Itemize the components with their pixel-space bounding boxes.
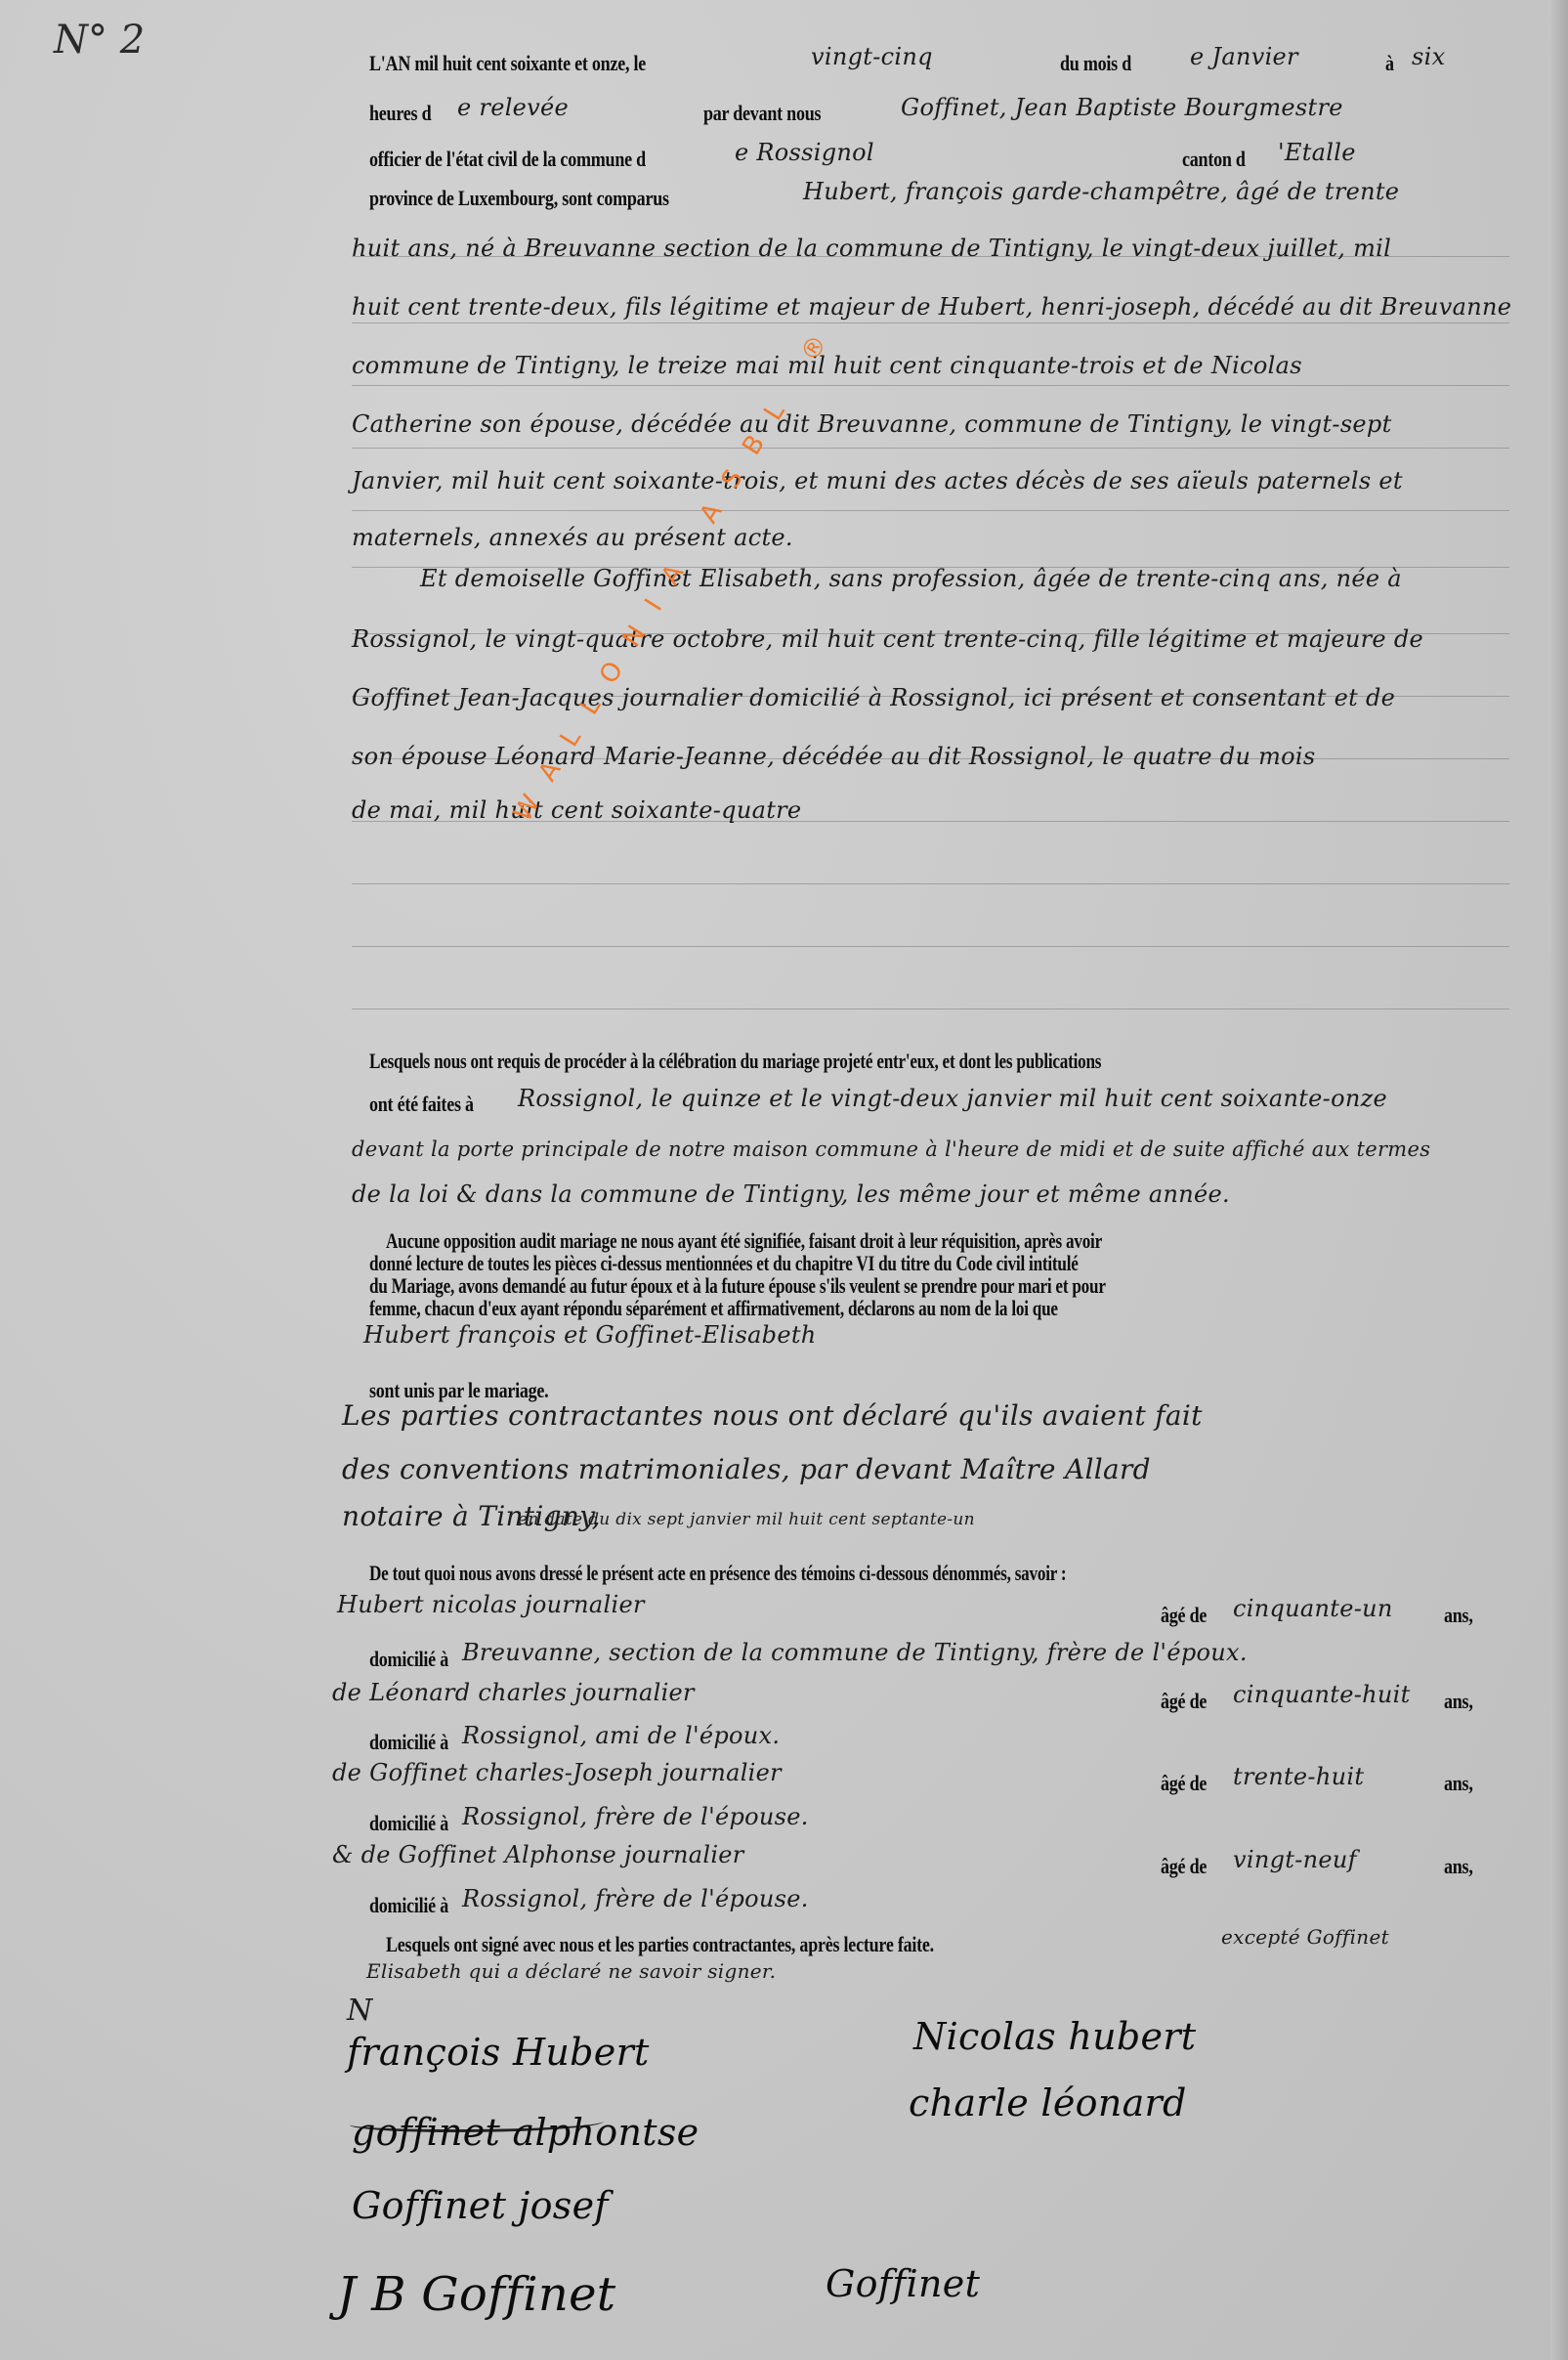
record-page: N° 2 L'AN mil huit cent soixante et onze… <box>0 0 1568 2360</box>
print-line-1b: du mois d <box>1060 51 1131 76</box>
ruled-line <box>352 1008 1509 1009</box>
witness-2-domicile: Rossignol, ami de l'époux. <box>462 1722 780 1749</box>
groom-line: Janvier, mil huit cent soixante-trois, e… <box>352 467 1403 494</box>
bride-line: Rossignol, le vingt-quatre octobre, mil … <box>352 625 1423 653</box>
witness-1-domicile: Breuvanne, section de la commune de Tint… <box>462 1639 1248 1666</box>
bride-line: Et demoiselle Goffinet Elisabeth, sans p… <box>420 565 1402 592</box>
domicile-label: domicilié à <box>369 1893 448 1918</box>
signature-father: Goffinet <box>826 2262 980 2305</box>
witness-2-age: cinquante-huit <box>1233 1681 1411 1708</box>
signature-groom: françois Hubert <box>347 2031 650 2074</box>
groom-line: huit cent trente-deux, fils légitime et … <box>352 293 1511 321</box>
print-line-1a: L'AN mil huit cent soixante et onze, le <box>369 51 646 76</box>
hand-hour: six <box>1412 43 1445 70</box>
witness-2-name: de Léonard charles journalier <box>332 1679 695 1706</box>
print-line-2a: heures d <box>369 101 431 126</box>
ans-label: ans, <box>1444 1771 1473 1796</box>
ans-label: ans, <box>1444 1854 1473 1879</box>
print-line-3b: canton d <box>1182 147 1246 172</box>
bride-line: de mai, mil huit cent soixante-quatre <box>352 796 801 824</box>
signature-witness: Goffinet josef <box>352 2184 609 2227</box>
closing-print: Lesquels ont signé avec nous et les part… <box>386 1932 934 1957</box>
ruled-line <box>352 946 1509 947</box>
signature-witness: Nicolas hubert <box>913 2015 1196 2058</box>
witness-4-name: & de Goffinet Alphonse journalier <box>332 1841 744 1868</box>
age-label: âgé de <box>1161 1854 1207 1879</box>
witness-3-name: de Goffinet charles-Joseph journalier <box>332 1759 782 1786</box>
declaration-line: femme, chacun d'eux ayant répondu séparé… <box>369 1296 1058 1321</box>
signature-officer: J B Goffinet <box>337 2267 615 2322</box>
print-line-2b: par devant nous <box>703 101 821 126</box>
hand-day: vingt-cinq <box>811 43 933 70</box>
witness-1-name: Hubert nicolas journalier <box>337 1591 645 1618</box>
groom-line: Catherine son épouse, décédée au dit Bre… <box>352 410 1392 438</box>
witnesses-intro: De tout quoi nous avons dressé le présen… <box>369 1561 1066 1586</box>
hand-officer: Goffinet, Jean Baptiste Bourgmestre <box>901 94 1343 121</box>
publications-print: Lesquels nous ont requis de procéder à l… <box>369 1049 1101 1074</box>
age-label: âgé de <box>1161 1689 1207 1714</box>
witness-1-age: cinquante-un <box>1233 1595 1393 1622</box>
ruled-line <box>352 883 1509 884</box>
hand-commune: e Rossignol <box>735 139 874 166</box>
witness-3-age: trente-huit <box>1233 1763 1364 1790</box>
age-label: âgé de <box>1161 1771 1207 1796</box>
print-line-4a: province de Luxembourg, sont comparus <box>369 186 669 211</box>
age-label: âgé de <box>1161 1603 1207 1628</box>
publications-hand: de la loi & dans la commune de Tintigny,… <box>352 1180 1230 1208</box>
witness-4-age: vingt-neuf <box>1233 1846 1357 1873</box>
domicile-label: domicilié à <box>369 1730 448 1755</box>
record-number: N° 2 <box>54 18 145 63</box>
print-line-1c: à <box>1385 51 1394 76</box>
contract-date: en date du dix sept janvier mil huit cen… <box>518 1510 975 1529</box>
groom-line: maternels, annexés au présent acte. <box>352 524 793 551</box>
groom-line: huit ans, né à Breuvanne section de la c… <box>352 235 1391 262</box>
closing-hand-a: excepté Goffinet <box>1221 1925 1389 1949</box>
hand-canton: 'Etalle <box>1278 139 1356 166</box>
marginal-note: N <box>347 1994 373 2028</box>
couple-names: Hubert françois et Goffinet-Elisabeth <box>363 1321 817 1349</box>
domicile-label: domicilié à <box>369 1647 448 1672</box>
print-line-3a: officier de l'état civil de la commune d <box>369 147 646 172</box>
ruled-line <box>352 510 1509 511</box>
publications-print-b: ont été faites à <box>369 1092 474 1117</box>
ruled-line <box>352 448 1509 449</box>
witness-3-domicile: Rossignol, frère de l'épouse. <box>462 1803 809 1830</box>
bride-line: Goffinet Jean-Jacques journalier domicil… <box>352 684 1395 711</box>
hand-time: e relevée <box>457 94 569 121</box>
publications-hand: devant la porte principale de notre mais… <box>352 1137 1430 1161</box>
ans-label: ans, <box>1444 1603 1473 1628</box>
signature-witness: charle léonard <box>909 2081 1187 2124</box>
contract-line: Les parties contractantes nous ont décla… <box>342 1399 1203 1432</box>
page-edge-shadow <box>1550 0 1568 2360</box>
contract-line: des conventions matrimoniales, par devan… <box>342 1453 1151 1485</box>
ruled-line <box>352 322 1509 323</box>
closing-hand-b: Elisabeth qui a déclaré ne savoir signer… <box>366 1959 776 1983</box>
publications-hand: Rossignol, le quinze et le vingt-deux ja… <box>518 1085 1387 1112</box>
witness-4-domicile: Rossignol, frère de l'épouse. <box>462 1885 809 1912</box>
domicile-label: domicilié à <box>369 1811 448 1836</box>
ans-label: ans, <box>1444 1689 1473 1714</box>
hand-groom-intro: Hubert, françois garde-champêtre, âgé de… <box>803 178 1399 205</box>
hand-month: e Janvier <box>1190 43 1298 70</box>
ruled-line <box>352 385 1509 386</box>
signature-witness: goffinet alphontse <box>352 2111 699 2154</box>
bride-line: son épouse Léonard Marie-Jeanne, décédée… <box>352 743 1316 770</box>
